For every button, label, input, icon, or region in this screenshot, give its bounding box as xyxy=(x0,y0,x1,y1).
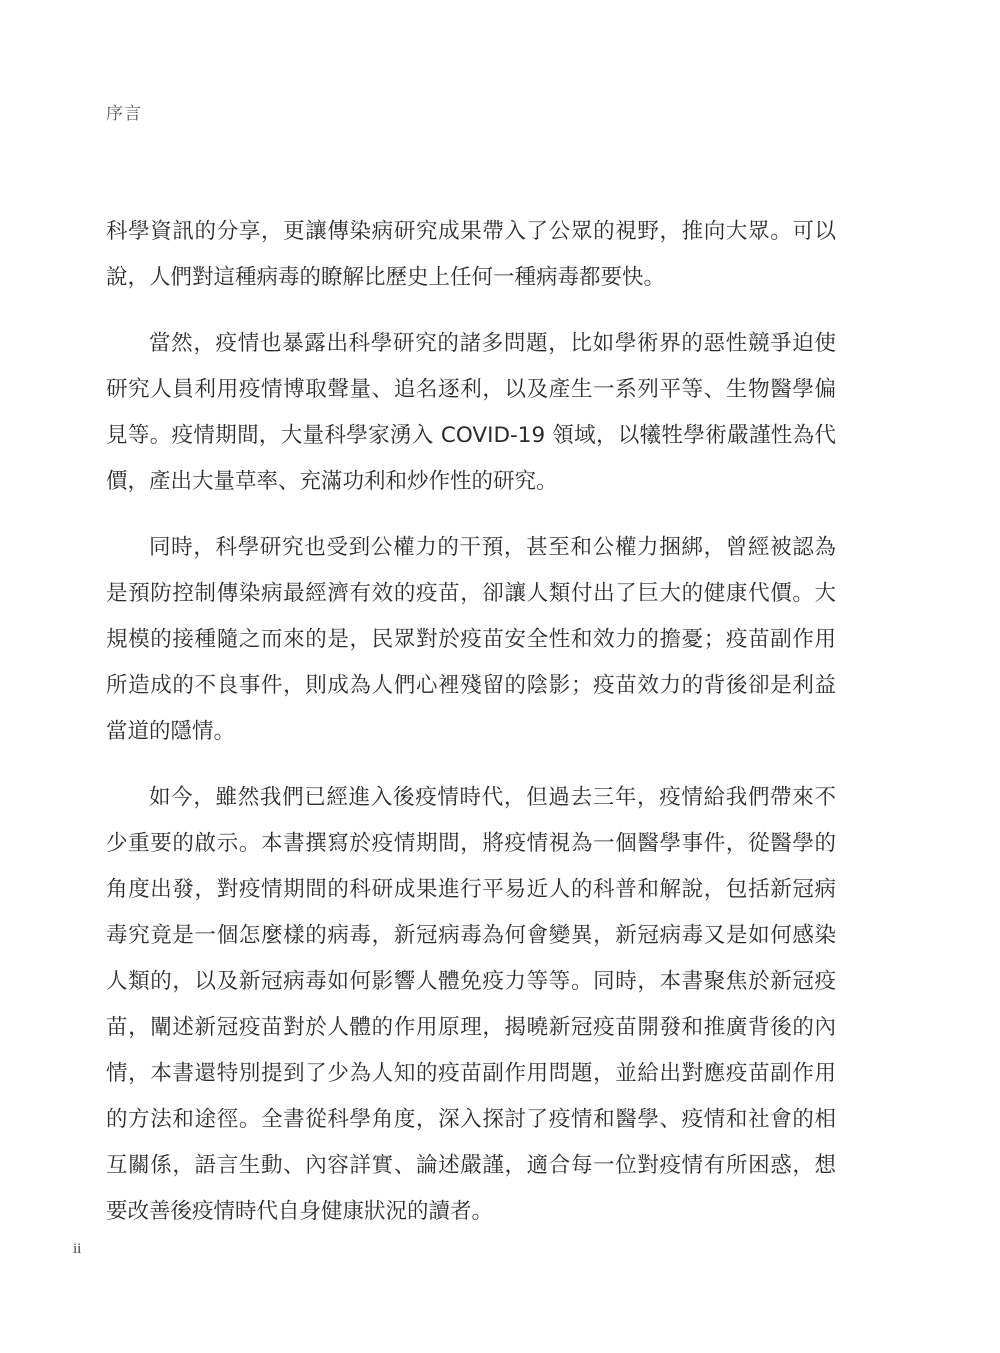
running-header: 序言 xyxy=(106,99,142,124)
text-line: 毒究竟是一個怎麼樣的病毒，新冠病毒為何會變異，新冠病毒又是如何感染 xyxy=(106,913,836,959)
paragraph-4: 如今，雖然我們已經進入後疫情時代，但過去三年，疫情給我們帶來不 少重要的啟示。本… xyxy=(106,775,836,1235)
text-line: 當道的隱情。 xyxy=(106,709,836,755)
page-number: ii xyxy=(73,1241,81,1258)
text-line: 同時，科學研究也受到公權力的干預，甚至和公權力捆綁，曾經被認為 xyxy=(106,525,836,571)
text-line: 科學資訊的分享，更讓傳染病研究成果帶入了公眾的視野，推向大眾。可以 xyxy=(106,209,836,255)
preface-body: 科學資訊的分享，更讓傳染病研究成果帶入了公眾的視野，推向大眾。可以 說，人們對這… xyxy=(106,209,836,1255)
text-line: 苗，闡述新冠疫苗對於人體的作用原理，揭曉新冠疫苗開發和推廣背後的內 xyxy=(106,1005,836,1051)
text-line: 見等。疫情期間，大量科學家湧入 COVID-19 領域，以犧牲學術嚴謹性為代 xyxy=(106,413,836,459)
paragraph-2: 當然，疫情也暴露出科學研究的諸多問題，比如學術界的惡性競爭迫使 研究人員利用疫情… xyxy=(106,321,836,505)
text-line: 情，本書還特別提到了少為人知的疫苗副作用問題，並給出對應疫苗副作用 xyxy=(106,1051,836,1097)
paragraph-3: 同時，科學研究也受到公權力的干預，甚至和公權力捆綁，曾經被認為 是預防控制傳染病… xyxy=(106,525,836,755)
text-line: 少重要的啟示。本書撰寫於疫情期間，將疫情視為一個醫學事件，從醫學的 xyxy=(106,821,836,867)
text-line: 角度出發，對疫情期間的科研成果進行平易近人的科普和解說，包括新冠病 xyxy=(106,867,836,913)
text-line: 互關係，語言生動、內容詳實、論述嚴謹，適合每一位對疫情有所困惑，想 xyxy=(106,1143,836,1189)
text-line: 所造成的不良事件，則成為人們心裡殘留的陰影；疫苗效力的背後卻是利益 xyxy=(106,663,836,709)
text-line: 規模的接種隨之而來的是，民眾對於疫苗安全性和效力的擔憂；疫苗副作用 xyxy=(106,617,836,663)
text-line: 說，人們對這種病毒的瞭解比歷史上任何一種病毒都要快。 xyxy=(106,255,836,301)
paragraph-1: 科學資訊的分享，更讓傳染病研究成果帶入了公眾的視野，推向大眾。可以 說，人們對這… xyxy=(106,209,836,301)
text-line: 當然，疫情也暴露出科學研究的諸多問題，比如學術界的惡性競爭迫使 xyxy=(106,321,836,367)
text-line: 要改善後疫情時代自身健康狀況的讀者。 xyxy=(106,1189,836,1235)
text-line: 人類的，以及新冠病毒如何影響人體免疫力等等。同時，本書聚焦於新冠疫 xyxy=(106,959,836,1005)
text-line: 的方法和途徑。全書從科學角度，深入探討了疫情和醫學、疫情和社會的相 xyxy=(106,1097,836,1143)
text-line: 研究人員利用疫情博取聲量、追名逐利，以及產生一系列平等、生物醫學偏 xyxy=(106,367,836,413)
text-line: 價，產出大量草率、充滿功利和炒作性的研究。 xyxy=(106,459,836,505)
text-line: 如今，雖然我們已經進入後疫情時代，但過去三年，疫情給我們帶來不 xyxy=(106,775,836,821)
text-line: 是預防控制傳染病最經濟有效的疫苗，卻讓人類付出了巨大的健康代價。大 xyxy=(106,571,836,617)
